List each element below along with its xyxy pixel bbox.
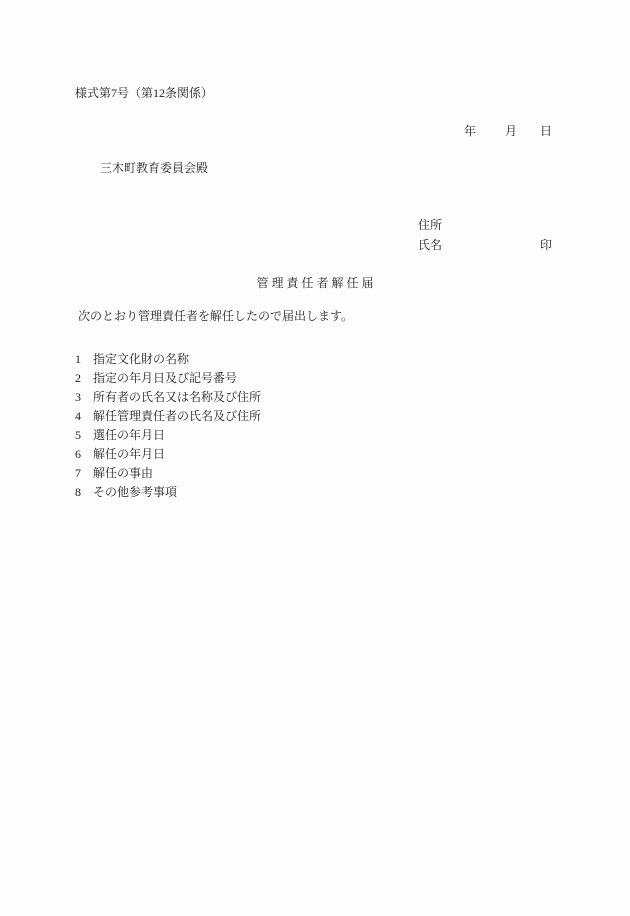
item-text: その他参考事項 bbox=[93, 483, 177, 502]
day-label: 日 bbox=[540, 124, 552, 138]
list-item: 1 指定文化財の名称 bbox=[75, 350, 261, 369]
list-item: 3 所有者の氏名又は名称及び住所 bbox=[75, 388, 261, 407]
year-label: 年 bbox=[464, 124, 476, 138]
item-text: 指定の年月日及び記号番号 bbox=[93, 369, 237, 388]
item-number: 4 bbox=[75, 407, 93, 426]
list-item: 7 解任の事由 bbox=[75, 464, 261, 483]
list-item: 6 解任の年月日 bbox=[75, 445, 261, 464]
name-seal-line: 氏名印 bbox=[418, 236, 552, 253]
item-number: 1 bbox=[75, 350, 93, 369]
month-label: 月 bbox=[505, 124, 517, 138]
document-title: 管 理 責 任 者 解 任 届 bbox=[0, 274, 630, 291]
item-number: 5 bbox=[75, 426, 93, 445]
list-item: 8 その他参考事項 bbox=[75, 483, 261, 502]
item-number: 6 bbox=[75, 445, 93, 464]
seal-label: 印 bbox=[540, 238, 552, 252]
list-item: 2 指定の年月日及び記号番号 bbox=[75, 369, 261, 388]
list-item: 5 選任の年月日 bbox=[75, 426, 261, 445]
form-number: 様式第7号（第12条関係） bbox=[75, 84, 213, 101]
item-number: 7 bbox=[75, 464, 93, 483]
name-label: 氏名 bbox=[418, 238, 442, 252]
items-list: 1 指定文化財の名称 2 指定の年月日及び記号番号 3 所有者の氏名又は名称及び… bbox=[75, 350, 261, 502]
body-text: 次のとおり管理責任者を解任したので届出します。 bbox=[78, 307, 353, 324]
list-item: 4 解任管理責任者の氏名及び住所 bbox=[75, 407, 261, 426]
item-text: 所有者の氏名又は名称及び住所 bbox=[93, 388, 261, 407]
item-text: 解任の年月日 bbox=[93, 445, 165, 464]
item-text: 選任の年月日 bbox=[93, 426, 165, 445]
item-text: 解任管理責任者の氏名及び住所 bbox=[93, 407, 261, 426]
item-number: 2 bbox=[75, 369, 93, 388]
document-page: 様式第7号（第12条関係） 年月日 三木町教育委員会殿 住所 氏名印 管 理 責… bbox=[0, 0, 630, 916]
address-label: 住所 bbox=[418, 216, 442, 233]
item-number: 8 bbox=[75, 483, 93, 502]
date-line: 年月日 bbox=[464, 122, 552, 139]
item-text: 解任の事由 bbox=[93, 464, 153, 483]
item-text: 指定文化財の名称 bbox=[93, 350, 189, 369]
item-number: 3 bbox=[75, 388, 93, 407]
addressee: 三木町教育委員会殿 bbox=[100, 159, 208, 176]
